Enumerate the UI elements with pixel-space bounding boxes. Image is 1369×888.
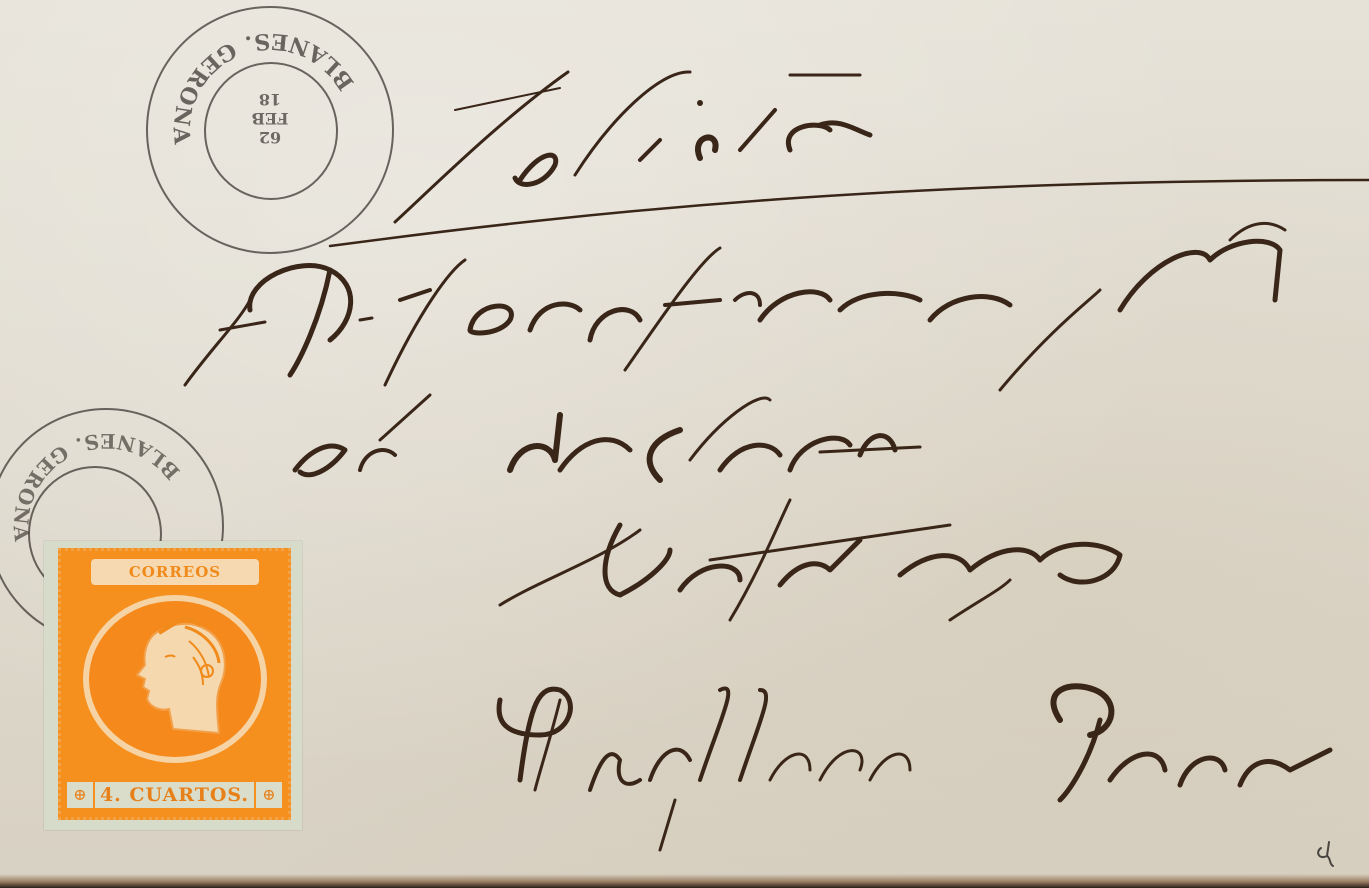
stamp-portrait-oval [83, 595, 267, 763]
postage-stamp: CORREOS ⊕ 4. CUARTOS. ⊕ [44, 541, 302, 830]
postmark-top-date: 62 FEB 18 [148, 90, 392, 147]
queen-portrait-icon [89, 601, 261, 757]
postmark-top: BLANES. GERONA 62 FEB 18 [146, 6, 394, 254]
stamp-corner-ornament-right: ⊕ [256, 782, 282, 808]
stamp-corner-ornament-left: ⊕ [67, 782, 93, 808]
stamp-design: CORREOS ⊕ 4. CUARTOS. ⊕ [58, 548, 291, 820]
corner-pencil-mark-icon [1313, 838, 1343, 868]
stamp-banner-correos: CORREOS [91, 559, 259, 585]
envelope-bottom-edge [0, 874, 1369, 888]
svg-text:BLANES. GERONA: BLANES. GERONA [8, 429, 184, 545]
stamp-value: 4. CUARTOS. [95, 782, 254, 808]
